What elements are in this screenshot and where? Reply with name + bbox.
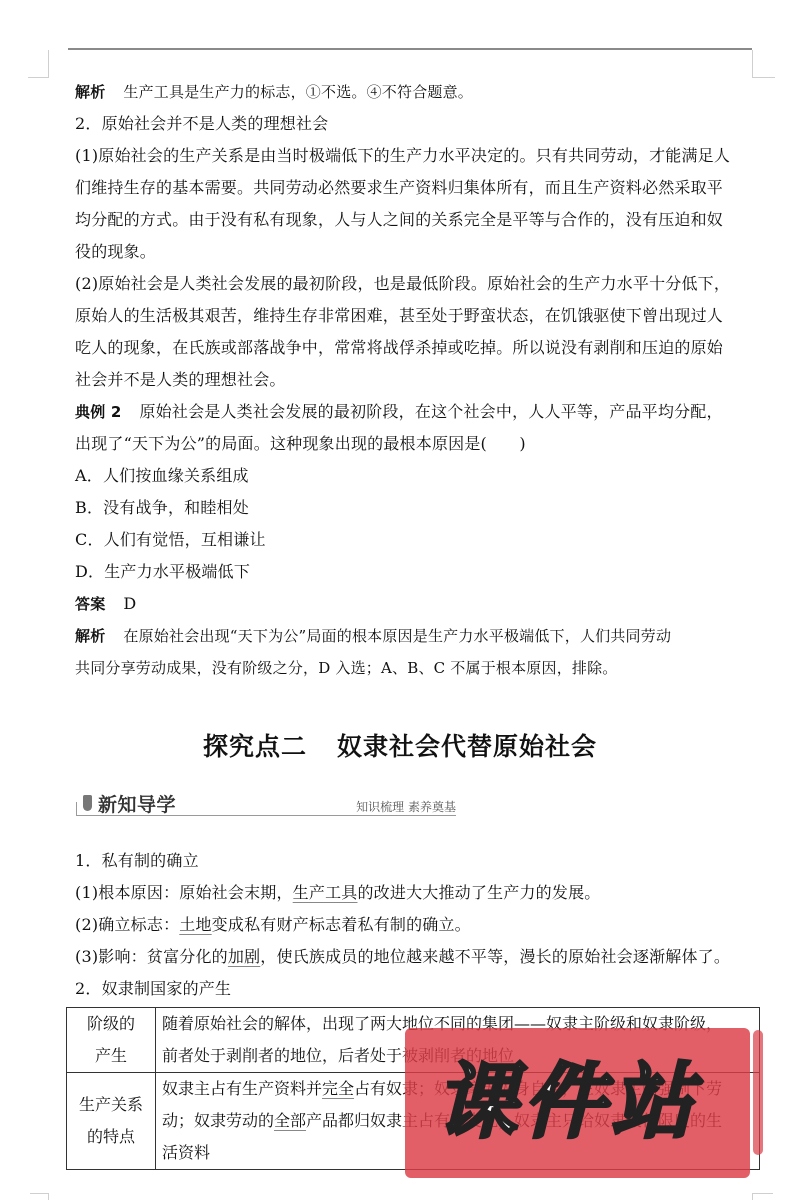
header-line: 的特点: [69, 1121, 153, 1153]
header-line: 生产关系: [69, 1089, 153, 1121]
option-a: A．人们按血缘关系组成: [75, 460, 755, 492]
example-analysis-line: 解析在原始社会出现“天下为公”局面的根本原因是生产力水平极端低下，人们共同劳动: [75, 620, 755, 652]
text: ，使氏族成员的地位越来越不平等，漫长的原始社会逐渐解体了。: [260, 947, 730, 966]
analysis-label: 解析: [75, 627, 105, 645]
key-term: 全部: [274, 1111, 306, 1130]
row-header: 阶级的 产生: [67, 1008, 156, 1073]
question-line: 出现了“天下为公”的局面。这种现象出现的最根本原因是( ): [75, 428, 755, 460]
text-line: 原始人的生活极其艰苦，维持生存非常困难，甚至处于野蛮状态，在饥饿驱使下曾出现过人: [75, 300, 755, 332]
text: (3)影响：贫富分化的: [75, 947, 228, 966]
point2-heading: 2．原始社会并不是人类的理想社会: [75, 108, 755, 140]
knowledge-item-2: (2)确立标志：土地变成私有财产标志着私有制的确立。: [75, 909, 765, 941]
key-term: 加剧: [228, 947, 260, 966]
body-line: 随着原始社会的解体，出现了两大地位不同的集团——奴隶主阶级和奴隶阶级，: [162, 1008, 753, 1040]
bookmark-icon: [83, 795, 92, 811]
key-term: 土地: [179, 915, 211, 934]
crop-mark-top-right: [752, 50, 775, 78]
previous-analysis: 解析生产工具是生产力的标志，①不选。④不符合题意。: [75, 76, 755, 108]
row-header: 生产关系 的特点: [67, 1073, 156, 1170]
text: 动；奴隶劳动的: [162, 1111, 274, 1130]
crop-mark-bottom-left: [30, 1193, 49, 1200]
text-line: (2)原始社会是人类社会发展的最初阶段，也是最低阶段。原始社会的生产力水平十分低…: [75, 268, 755, 300]
table-row: 阶级的 产生 随着原始社会的解体，出现了两大地位不同的集团——奴隶主阶级和奴隶阶…: [67, 1008, 760, 1073]
key-term: 完全: [322, 1079, 354, 1098]
text-line: 役的现象。: [75, 236, 755, 268]
knowledge-table: 阶级的 产生 随着原始社会的解体，出现了两大地位不同的集团——奴隶主阶级和奴隶阶…: [66, 1007, 760, 1170]
analysis-label: 解析: [75, 83, 105, 101]
text-line: (1)原始社会的生产关系是由当时极端低下的生产力水平决定的。只有共同劳动，才能满…: [75, 140, 755, 172]
answer-line: 答案D: [75, 588, 755, 620]
section-title: 探究点二奴隶社会代替原始社会: [0, 727, 800, 763]
banner-underline: [76, 815, 456, 816]
text-line: 吃人的现象，在氏族或部落战争中，常常将战俘杀掉或吃掉。所以说没有剥削和压迫的原始: [75, 332, 755, 364]
text-line: 们维持生存的基本需要。共同劳动必然要求生产资料归集体所有，而且生产资料必然采取平: [75, 172, 755, 204]
knowledge-item-1: (1)根本原因：原始社会末期，生产工具的改进大大推动了生产力的发展。: [75, 877, 765, 909]
text: 的改进大大推动了生产力的发展。: [357, 883, 600, 902]
text: 奴隶主占有生产资料并: [162, 1079, 322, 1098]
body-line: 前者处于剥削者的地位，后者处于被剥削者的地位: [162, 1040, 753, 1072]
text-line: 均分配的方式。由于没有私有现象，人与人之间的关系完全是平等与合作的，没有压迫和奴: [75, 204, 755, 236]
row-body: 奴隶主占有生产资料并完全占有奴隶；奴隶毫无人身自由，在奴隶主的强制下劳 动；奴隶…: [156, 1073, 760, 1170]
crop-mark-bottom-right: [752, 1193, 773, 1200]
document-page: 解析生产工具是生产力的标志，①不选。④不符合题意。 2．原始社会并不是人类的理想…: [0, 0, 800, 1200]
banner-tick: [76, 802, 77, 816]
text-line: 社会并不是人类的理想社会。: [75, 364, 755, 396]
banner-title: 新知导学: [98, 790, 176, 817]
header-rule: [68, 48, 752, 50]
header-line: 产生: [69, 1040, 153, 1072]
example-label: 典例 2: [75, 403, 121, 421]
main-content: 解析生产工具是生产力的标志，①不选。④不符合题意。 2．原始社会并不是人类的理想…: [75, 76, 755, 684]
section-number: 探究点二: [203, 732, 307, 761]
table-row: 生产关系 的特点 奴隶主占有生产资料并完全占有奴隶；奴隶毫无人身自由，在奴隶主的…: [67, 1073, 760, 1170]
body-line: 活资料: [162, 1137, 753, 1169]
banner-subtitle: 知识梳理 素养奠基: [356, 798, 456, 815]
question-line: 典例 2原始社会是人类社会发展的最初阶段，在这个社会中，人人平等，产品平均分配，: [75, 396, 755, 428]
body-line: 奴隶主占有生产资料并完全占有奴隶；奴隶毫无人身自由，在奴隶主的强制下劳: [162, 1073, 753, 1105]
new-knowledge-banner: 新知导学 知识梳理 素养奠基: [76, 790, 456, 816]
body-line: 动；奴隶劳动的全部产品都归奴隶主占有和支配，奴隶主只给奴隶最低限度的生: [162, 1105, 753, 1137]
knowledge-heading-1: 1．私有制的确立: [75, 845, 765, 877]
knowledge-section: 1．私有制的确立 (1)根本原因：原始社会末期，生产工具的改进大大推动了生产力的…: [75, 845, 765, 1005]
text: (1)根本原因：原始社会末期，: [75, 883, 293, 902]
text: 变成私有财产标志着私有制的确立。: [212, 915, 471, 934]
text: 占有奴隶；奴隶毫无人身自由，在奴隶主的强制下劳: [354, 1079, 722, 1098]
text: 产品都归奴隶主占有和支配，奴隶主只给奴隶最低限度的生: [306, 1111, 722, 1130]
option-c: C．人们有觉悟，互相谦让: [75, 524, 755, 556]
point2-paragraph-2: (2)原始社会是人类社会发展的最初阶段，也是最低阶段。原始社会的生产力水平十分低…: [75, 268, 755, 396]
analysis-text: 在原始社会出现“天下为公”局面的根本原因是生产力水平极端低下，人们共同劳动: [123, 627, 671, 645]
crop-mark-top-left: [28, 50, 49, 78]
answer-value: D: [123, 594, 136, 613]
knowledge-item-3: (3)影响：贫富分化的加剧，使氏族成员的地位越来越不平等，漫长的原始社会逐渐解体…: [75, 941, 765, 973]
example-analysis-line: 共同分享劳动成果，没有阶级之分，D 入选；A、B、C 不属于根本原因，排除。: [75, 652, 755, 684]
key-term: 生产工具: [293, 883, 358, 902]
text: (2)确立标志：: [75, 915, 179, 934]
section-name: 奴隶社会代替原始社会: [337, 732, 597, 761]
answer-label: 答案: [75, 595, 105, 613]
option-b: B．没有战争，和睦相处: [75, 492, 755, 524]
example-question: 典例 2原始社会是人类社会发展的最初阶段，在这个社会中，人人平等，产品平均分配，…: [75, 396, 755, 684]
header-line: 阶级的: [69, 1008, 153, 1040]
row-body: 随着原始社会的解体，出现了两大地位不同的集团——奴隶主阶级和奴隶阶级， 前者处于…: [156, 1008, 760, 1073]
knowledge-heading-2: 2．奴隶制国家的产生: [75, 973, 765, 1005]
question-text: 原始社会是人类社会发展的最初阶段，在这个社会中，人人平等，产品平均分配，: [139, 402, 722, 421]
analysis-text: 生产工具是生产力的标志，①不选。④不符合题意。: [123, 83, 473, 101]
point2-paragraph-1: (1)原始社会的生产关系是由当时极端低下的生产力水平决定的。只有共同劳动，才能满…: [75, 140, 755, 268]
option-d: D．生产力水平极端低下: [75, 556, 755, 588]
